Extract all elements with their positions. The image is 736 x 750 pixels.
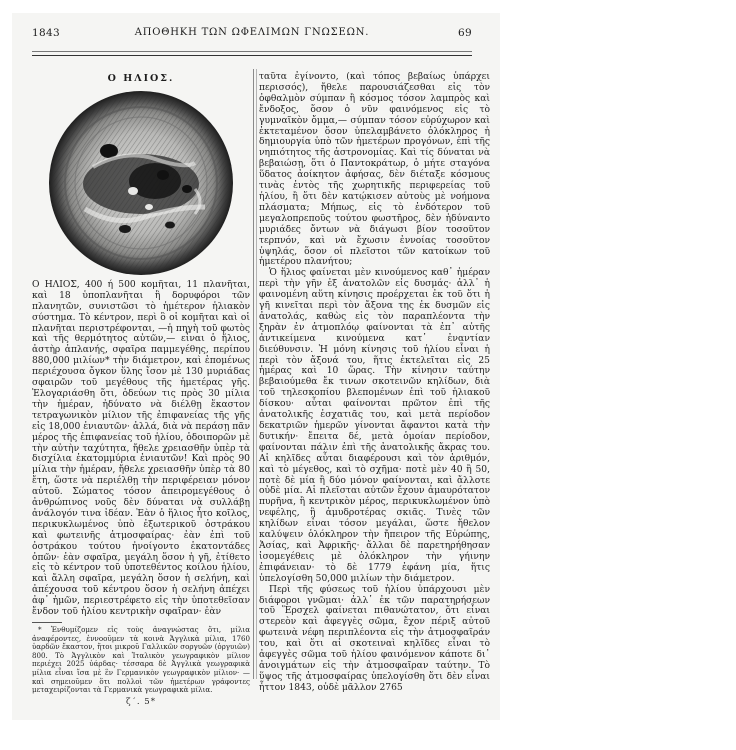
sun-icon bbox=[45, 89, 237, 277]
scanned-page: 1843 ΑΠΟΘΗΚΗ ΤΩΝ ΩΦΕΛΙΜΩΝ ΓΝΩΣΕΩΝ. 69 Ο … bbox=[12, 13, 500, 720]
footnote-rule bbox=[32, 622, 62, 623]
left-column: Ο ΗΛΙΟΣ. bbox=[32, 71, 250, 708]
paragraph-continued: ταῦτα ἐγίνοντο, (καὶ τόπος βεβαίως ὑπάρχ… bbox=[259, 72, 490, 268]
header-rule bbox=[32, 51, 472, 56]
signature-mark: ζ΄. 5* bbox=[32, 697, 250, 708]
article-title: Ο ΗΛΙΟΣ. bbox=[32, 74, 250, 85]
paragraph-intro: Ο ΗΛΙΟΣ, 400 ή 500 κομῆται, 11 πλανῆται,… bbox=[32, 280, 250, 618]
column-divider bbox=[253, 69, 257, 679]
paragraph-sun-nature: Περὶ τῆς φύσεως τοῦ ἡλίου ὑπάρχουσι μὲν … bbox=[259, 585, 490, 694]
paragraph-sun-motion: Ὁ ἥλιος φαίνεται μὲν κινούμενος καθ᾽ ἡμέ… bbox=[259, 268, 490, 584]
page-number: 69 bbox=[458, 27, 472, 39]
journal-title: ΑΠΟΘΗΚΗ ΤΩΝ ΩΦΕΛΙΜΩΝ ΓΝΩΣΕΩΝ. bbox=[32, 27, 472, 38]
right-column: ταῦτα ἐγίνοντο, (καὶ τόπος βεβαίως ὑπάρχ… bbox=[259, 72, 490, 694]
sun-engraving-illustration bbox=[45, 89, 237, 277]
running-head: 1843 ΑΠΟΘΗΚΗ ΤΩΝ ΩΦΕΛΙΜΩΝ ΓΝΩΣΕΩΝ. 69 bbox=[32, 27, 472, 41]
footnote-miles: * Ἐνθυμίζομεν εἰς τοὺς ἀναγνώστας ὅτι, μ… bbox=[32, 626, 250, 695]
